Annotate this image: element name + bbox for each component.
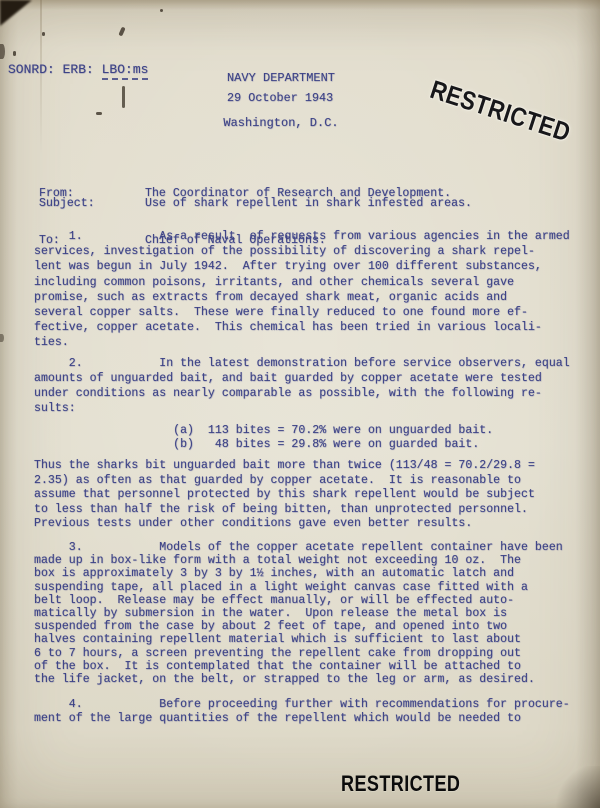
classification-code: SONRD: ERB: LBO:ms <box>8 62 148 77</box>
paragraph-3: 3. Models of the copper acetate repellen… <box>34 541 563 686</box>
subject-label: Subject: <box>39 196 145 211</box>
paper-mark <box>13 51 16 56</box>
paper-mark <box>122 86 125 108</box>
paper-corner-shadow-top-left <box>0 0 32 26</box>
paragraph-1: 1. As a result of requests from various … <box>34 229 570 351</box>
paper-top-edge-shadow <box>0 0 600 10</box>
paper-mark <box>96 112 102 115</box>
paper-mark <box>0 334 4 342</box>
paper-mark <box>118 27 125 37</box>
classification-code-suffix: LBO:ms <box>102 62 149 80</box>
paper-corner-shadow-bottom-right <box>554 766 600 808</box>
restricted-stamp-top: RESTRICTED <box>426 74 574 148</box>
letterhead-department: NAVY DEPARTMENT <box>156 71 406 86</box>
restricted-stamp-bottom: RESTRICTED <box>341 771 460 797</box>
subject-row: Subject:Use of shark repellent in shark … <box>39 196 472 211</box>
analysis-paragraph: Thus the sharks bit unguarded bait more … <box>34 459 535 532</box>
document-page: SONRD: ERB: LBO:ms NAVY DEPARTMENT Washi… <box>0 0 600 808</box>
paragraph-4: 4. Before proceeding further with recomm… <box>34 698 570 726</box>
paragraph-2: 2. In the latest demonstration before se… <box>34 356 570 416</box>
paper-mark <box>0 44 5 59</box>
date-line: 29 October 1943 <box>227 91 333 106</box>
results-list: (a) 113 bites = 70.2% were on unguarded … <box>34 424 493 452</box>
paper-mark <box>160 9 163 12</box>
letterhead-city: Washington, D.C. <box>156 116 406 131</box>
subject-value: Use of shark repellent in shark infested… <box>145 197 472 210</box>
classification-code-prefix: SONRD: ERB: <box>8 62 102 77</box>
paper-crease <box>40 0 42 155</box>
paper-mark <box>42 32 45 36</box>
